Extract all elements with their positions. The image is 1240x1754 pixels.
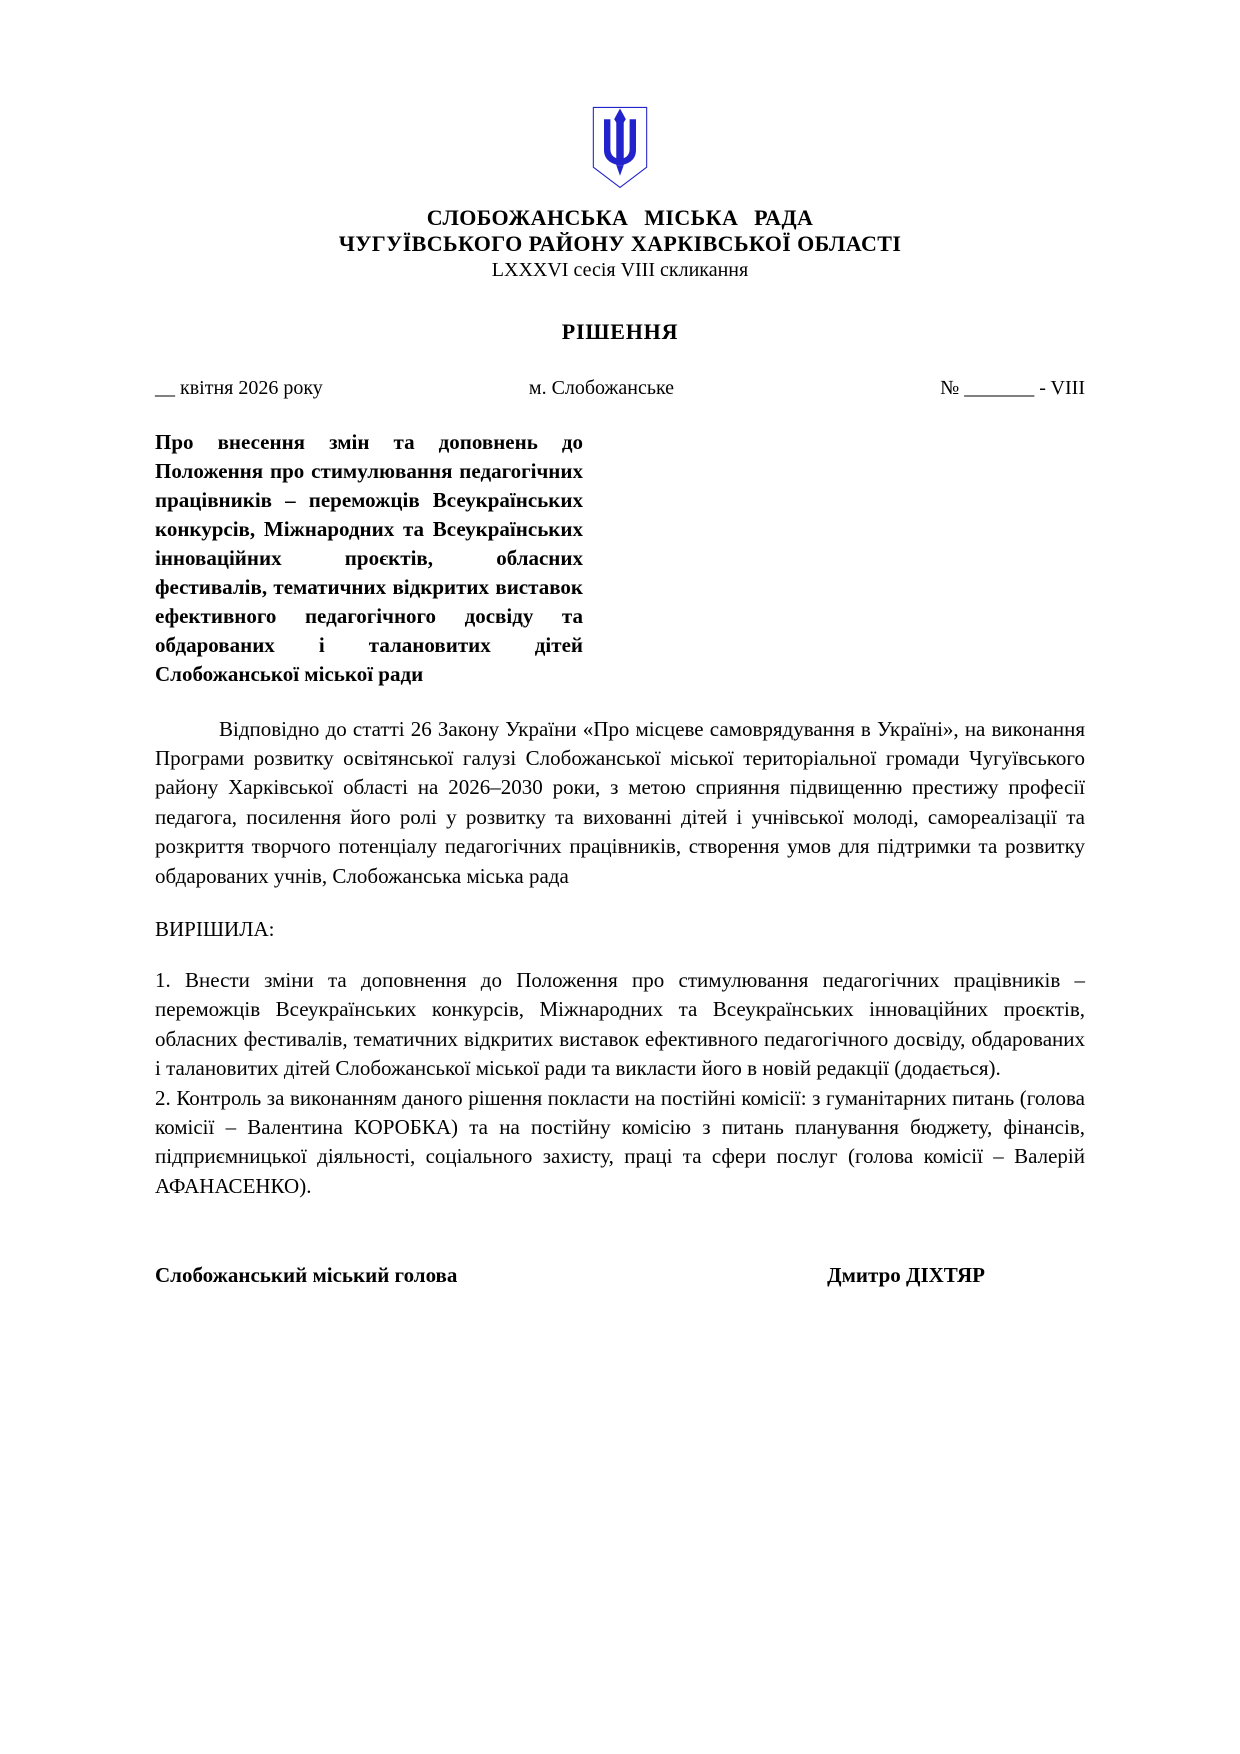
subject-paragraph: Про внесення змін та доповнень до Положе…	[155, 428, 583, 689]
dateline-row: __ квітня 2026 року м. Слобожанське № __…	[155, 377, 1085, 400]
dateline-number: № _______ - VIII	[940, 377, 1085, 400]
dateline-place: м. Слобожанське	[529, 377, 674, 400]
resolved-label: ВИРІШИЛА:	[155, 917, 1085, 942]
ukraine-trident-emblem-icon	[588, 183, 652, 200]
signature-name: Дмитро ДІХТЯР	[827, 1263, 985, 1288]
document-title: РІШЕННЯ	[155, 319, 1085, 345]
resolution-items: 1. Внести зміни та доповнення до Положен…	[155, 966, 1085, 1201]
resolution-item-1: 1. Внести зміни та доповнення до Положен…	[155, 966, 1085, 1084]
preamble-paragraph: Відповідно до статті 26 Закону України «…	[155, 715, 1085, 891]
emblem-container	[155, 100, 1085, 201]
signature-position: Слобожанський міський голова	[155, 1263, 457, 1288]
signature-row: Слобожанський міський голова Дмитро ДІХТ…	[155, 1263, 1085, 1288]
session-line: LXXXVI сесія VIII скликання	[155, 257, 1085, 283]
district-name: ЧУГУЇВСЬКОГО РАЙОНУ ХАРКІВСЬКОЇ ОБЛАСТІ	[155, 231, 1085, 257]
resolution-item-2: 2. Контроль за виконанням даного рішення…	[155, 1084, 1085, 1202]
council-name: СЛОБОЖАНСЬКА МІСЬКА РАДА	[155, 205, 1085, 231]
dateline-date: __ квітня 2026 року	[155, 377, 323, 400]
document-page: СЛОБОЖАНСЬКА МІСЬКА РАДА ЧУГУЇВСЬКОГО РА…	[0, 0, 1240, 1754]
